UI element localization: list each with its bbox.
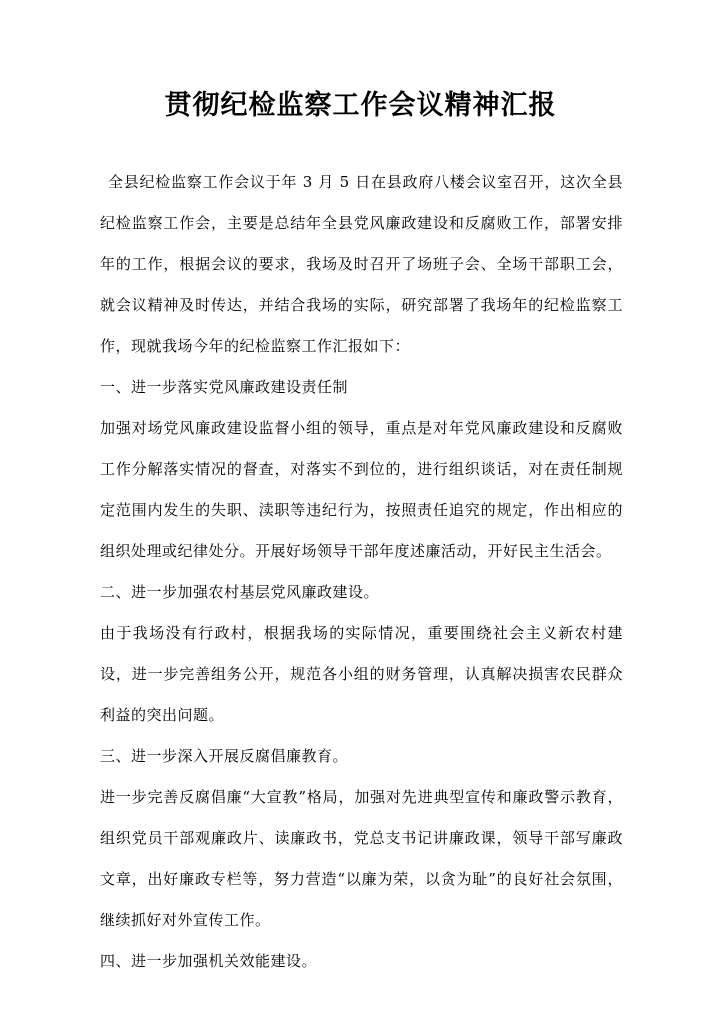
document-body: 全县纪检监察工作会议于年 3 月 5 日在县政府八楼会议室召开，这次全县纪检监察… (100, 162, 623, 982)
paragraph-section-2: 由于我场没有行政村，根据我场的实际情况，重要围绕社会主义新农村建设，进一步完善组… (100, 613, 623, 736)
paragraph-intro: 全县纪检监察工作会议于年 3 月 5 日在县政府八楼会议室召开，这次全县纪检监察… (100, 162, 623, 367)
section-heading-4: 四、进一步加强机关效能建设。 (100, 941, 623, 982)
section-heading-3: 三、进一步深入开展反腐倡廉教育。 (100, 736, 623, 777)
paragraph-section-3: 进一步完善反腐倡廉“大宣教”格局，加强对先进典型宣传和廉政警示教育，组织党员干部… (100, 777, 623, 941)
document-title: 贯彻纪检监察工作会议精神汇报 (0, 0, 721, 124)
section-heading-1: 一、进一步落实党风廉政建设责任制 (100, 367, 623, 408)
paragraph-section-1: 加强对场党风廉政建设监督小组的领导，重点是对年党风廉政建设和反腐败工作分解落实情… (100, 408, 623, 572)
section-heading-2: 二、进一步加强农村基层党风廉政建设。 (100, 572, 623, 613)
document-page: 贯彻纪检监察工作会议精神汇报 全县纪检监察工作会议于年 3 月 5 日在县政府八… (0, 0, 721, 1020)
